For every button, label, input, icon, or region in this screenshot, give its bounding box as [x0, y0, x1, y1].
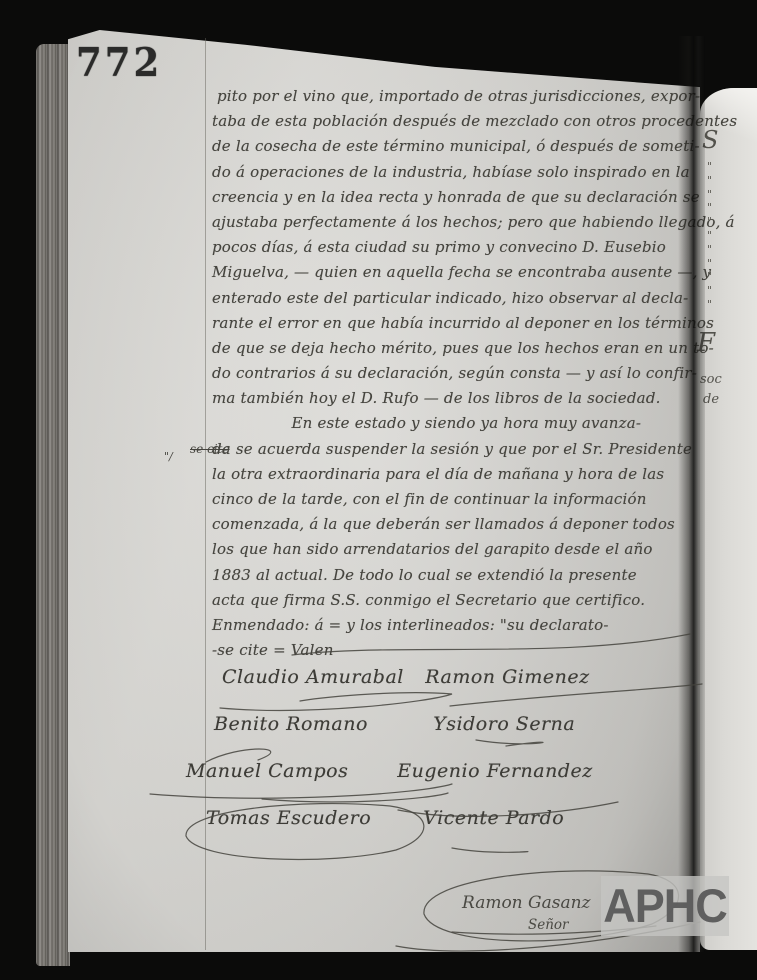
manuscript-line: Miguelva, — quien en aquella fecha se en… — [212, 260, 737, 285]
signature-left: Manuel Campos — [150, 760, 417, 782]
manuscript-line: cinco de la tarde, con el fin de continu… — [212, 487, 737, 512]
book-gutter-shadow — [678, 36, 705, 952]
manuscript-line: acta que firma S.S. conmigo el Secretari… — [212, 588, 737, 613]
interline-insertion: se cite — [190, 442, 230, 456]
manuscript-line: la otra extraordinaria para el día de ma… — [212, 462, 737, 487]
manuscript-line: do á operaciones de la industria, habías… — [212, 160, 737, 185]
secretary-signature: Ramon Gasanz — [462, 893, 591, 913]
signature-row: Claudio Amurabal Ramon Gimenez — [150, 666, 664, 713]
signature-right: Vicente Pardo — [417, 807, 664, 829]
manuscript-line: En este estado y siendo ya hora muy avan… — [212, 411, 737, 436]
manuscript-line: de que se deja hecho mérito, pues que lo… — [212, 336, 737, 361]
signature-right: Ramon Gimenez — [417, 666, 664, 688]
signature-block: Claudio Amurabal Ramon Gimenez Benito Ro… — [150, 666, 664, 854]
signature-left: Tomas Escudero — [150, 807, 417, 829]
facing-page-fragment: de — [703, 392, 719, 407]
manuscript-line: taba de esta población después de mezcla… — [212, 109, 737, 134]
archive-watermark-text: APHC — [603, 878, 727, 933]
manuscript-line: -se cite = Valen — [212, 638, 737, 663]
photographed-book-page: 772 pito por el vino que, importado de o… — [0, 0, 757, 980]
signature-left: Benito Romano — [150, 713, 417, 735]
facing-page-ditto-marks: " " " " " " " " " " " — [707, 160, 712, 312]
manuscript-line: creencia y en la idea recta y honrada de… — [212, 185, 737, 210]
manuscript-line: los que han sido arrendatarios del garap… — [212, 537, 737, 562]
signature-right: Eugenio Fernandez — [397, 760, 664, 782]
page-stack-edges — [36, 44, 70, 966]
manuscript-text-block: pito por el vino que, importado de otras… — [212, 84, 737, 663]
signature-row: Tomas Escudero Vicente Pardo — [150, 807, 664, 854]
manuscript-line: rante el error en que había incurrido al… — [212, 311, 737, 336]
secretary-title: Señor — [528, 917, 569, 933]
signature-row: Manuel Campos Eugenio Fernandez — [150, 760, 664, 807]
manuscript-line: enterado este del particular indicado, h… — [212, 286, 737, 311]
manuscript-line: comenzada, á la que deberán ser llamados… — [212, 512, 737, 537]
archive-watermark-box: APHC — [601, 876, 729, 936]
manuscript-line: pito por el vino que, importado de otras… — [212, 84, 737, 109]
signature-left: Claudio Amurabal — [150, 666, 417, 688]
manuscript-line: de la cosecha de este término municipal,… — [212, 134, 737, 159]
manuscript-line: Enmendado: á = y los interlineados: "su … — [212, 613, 737, 638]
manuscript-line: 1883 al actual. De todo lo cual se exten… — [212, 563, 737, 588]
signature-right: Ysidoro Serna — [417, 713, 664, 735]
manuscript-line: pocos días, á esta ciudad su primo y con… — [212, 235, 737, 260]
manuscript-line: da se acuerda suspender la sesión y que … — [212, 437, 737, 462]
manuscript-line: ma también hoy el D. Rufo — de los libro… — [212, 386, 737, 411]
manuscript-line: do contrarios á su declaración, según co… — [212, 361, 737, 386]
margin-caret-mark: "/ — [164, 450, 173, 463]
page-number-stamp: 772 — [76, 39, 162, 86]
manuscript-line: ajustaba perfectamente á los hechos; per… — [212, 210, 737, 235]
signature-row: Benito Romano Ysidoro Serna — [150, 713, 664, 760]
